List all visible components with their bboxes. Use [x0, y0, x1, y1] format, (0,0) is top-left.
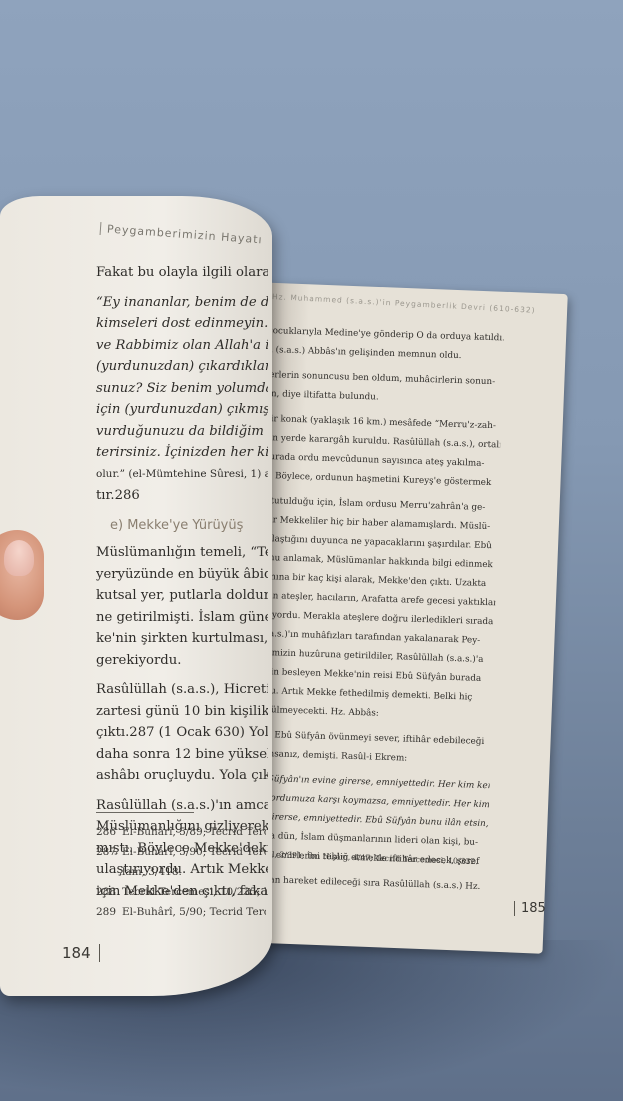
left-footnotes: 286El-Buhârî, 5/89; Tecrid Tercemesi, 10… — [96, 822, 266, 922]
footnote-divider — [96, 812, 194, 813]
left-page-number: 184 — [62, 944, 100, 962]
right-paragraph-2: lerlerin sonuncusu ben oldum, muhâcirler… — [265, 366, 502, 411]
left-paragraph-3: Müslümanlığın temeli, “Tevhid in yeryüzü… — [96, 542, 268, 671]
thumbnail-nail — [4, 540, 34, 576]
right-paragraph-1: çocuklarıyla Medine'ye gönderip O da ord… — [267, 322, 504, 367]
footnote-288: 288Tecrid Tercemesi, 10/235; Kısas-ı Enb… — [96, 882, 266, 902]
footnote-287-cont: lam, 3/418. — [96, 862, 266, 882]
footnote-287: 287El-Buhârî, 5/90; Tecrid Tercemesi, 10… — [96, 842, 266, 862]
left-paragraph-4: Rasûlüllah (s.a.s.), Hicretin 8'inci zar… — [96, 679, 268, 787]
footnote-289: 289El-Buhârî, 5/90; Tecrid Tercemesi, 10… — [96, 902, 266, 922]
left-paragraph-2-quote: “Ey inananlar, benim de düşman kimseleri… — [96, 292, 268, 507]
right-page-number: 185 — [514, 901, 546, 916]
right-paragraph-3: bir konak (yaklaşık 16 km.) mesâfede “Me… — [263, 410, 501, 493]
left-paragraph-1: Fakat bu olayla ilgili olarak: — [96, 262, 268, 284]
right-paragraph-5: lah, Ebû Süfyân övünmeyi sever, iftihâr … — [254, 726, 491, 771]
section-heading: e) Mekke'ye Yürüyüş — [110, 515, 268, 537]
right-paragraph-4: e tutulduğu için, İslam ordusu Merru'zah… — [255, 492, 498, 727]
right-page-body: çocuklarıyla Medine'ye gönderip O da ord… — [250, 322, 504, 903]
footnote-286: 286El-Buhârî, 5/89; Tecrid Tercemesi, 10… — [96, 822, 266, 842]
right-paragraph-7: ân'dan hareket edileceği sıra Rasûlüllah… — [250, 871, 486, 897]
